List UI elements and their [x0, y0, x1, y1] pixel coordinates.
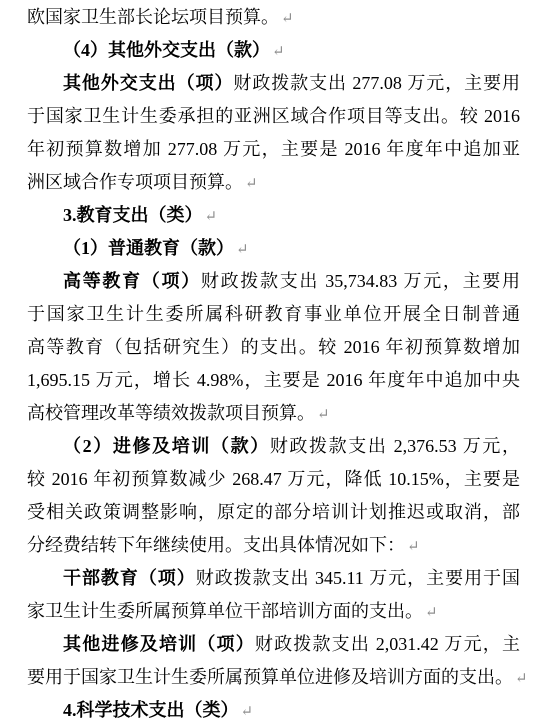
text-line: 高等教育（项）财政拨款支出 35,734.83 万元，主要用	[27, 265, 520, 298]
paragraph-mark-icon: ↵	[405, 539, 420, 555]
text-run: 分经费结转下年继续使用。支出具体情况如下：	[27, 535, 405, 555]
text-run: 财政拨款支出 2,031.42 万元，主	[255, 634, 520, 654]
text-run: 财政拨款支出 345.11 万元，主要用于国	[196, 568, 520, 588]
text-line: 高等教育（包括研究生）的支出。较 2016 年初预算数增加	[27, 331, 520, 364]
text-run: 要用于国家卫生计生委所属预算单位进修及培训方面的支出。	[27, 667, 513, 687]
text-run: 于国家卫生计生委承担的亚洲区域合作项目等支出。较 2016	[27, 106, 520, 126]
text-line: 要用于国家卫生计生委所属预算单位进修及培训方面的支出。↵	[27, 661, 520, 694]
text-run: 财政拨款支出 35,734.83 万元，主要用	[201, 271, 520, 291]
document-page: 欧国家卫生部长论坛项目预算。↵ （4）其他外交支出（款）↵ 其他外交支出（项）财…	[0, 0, 546, 727]
text-run: 年初预算数增加 277.08 万元，主要是 2016 年度年中追加亚	[27, 139, 520, 159]
text-line: 欧国家卫生部长论坛项目预算。↵	[27, 1, 520, 34]
paragraph-mark-icon: ↵	[315, 407, 330, 423]
text-run: 于国家卫生计生委所属科研教育事业单位开展全日制普通	[27, 304, 520, 324]
text-line: 较 2016 年初预算数减少 268.47 万元，降低 10.15%，主要是	[27, 463, 520, 496]
section-heading: （4）其他外交支出（款）↵	[27, 34, 520, 67]
bold-run: 高等教育（项）	[63, 271, 201, 291]
bold-run: 其他外交支出（项）	[63, 73, 233, 93]
text-run: 高等教育（包括研究生）的支出。较 2016 年初预算数增加	[27, 337, 520, 357]
paragraph-mark-icon: ↵	[423, 605, 438, 621]
text-run: 欧国家卫生部长论坛项目预算。	[27, 7, 279, 27]
text-line: 受相关政策调整影响，原定的部分培训计划推迟或取消，部	[27, 496, 520, 529]
heading-run: （1）普通教育（款）	[63, 238, 234, 258]
text-run: 高校管理改革等绩效拨款项目预算。	[27, 403, 315, 423]
heading-run: 4.科学技术支出（类）	[63, 700, 239, 720]
bold-run: （2）进修及培训（款）	[63, 436, 270, 456]
bold-run: 其他进修及培训（项）	[63, 634, 255, 654]
paragraph-mark-icon: ↵	[203, 209, 218, 225]
section-heading: 3.教育支出（类）↵	[27, 199, 520, 232]
text-line: 分经费结转下年继续使用。支出具体情况如下：↵	[27, 529, 520, 562]
text-line: 于国家卫生计生委所属科研教育事业单位开展全日制普通	[27, 298, 520, 331]
paragraph-mark-icon: ↵	[279, 11, 294, 27]
text-run: 受相关政策调整影响，原定的部分培训计划推迟或取消，部	[27, 502, 520, 522]
bold-run: 干部教育（项）	[63, 568, 196, 588]
text-run: 家卫生计生委所属预算单位干部培训方面的支出。	[27, 601, 423, 621]
paragraph-mark-icon: ↵	[239, 704, 254, 720]
heading-run: 3.教育支出（类）	[63, 205, 203, 225]
text-run: 财政拨款支出 2,376.53 万元，	[270, 436, 520, 456]
heading-run: （4）其他外交支出（款）	[63, 40, 270, 60]
text-line: 高校管理改革等绩效拨款项目预算。↵	[27, 397, 520, 430]
text-line: 其他外交支出（项）财政拨款支出 277.08 万元，主要用	[27, 67, 520, 100]
text-line: 干部教育（项）财政拨款支出 345.11 万元，主要用于国	[27, 562, 520, 595]
text-line: 其他进修及培训（项）财政拨款支出 2,031.42 万元，主	[27, 628, 520, 661]
text-line: 1,695.15 万元，增长 4.98%，主要是 2016 年度年中追加中央	[27, 364, 520, 397]
text-run: 财政拨款支出 277.08 万元，主要用	[233, 73, 520, 93]
paragraph-mark-icon: ↵	[243, 176, 258, 192]
paragraph-mark-icon: ↵	[234, 242, 249, 258]
text-line: 家卫生计生委所属预算单位干部培训方面的支出。↵	[27, 595, 520, 628]
text-line: （2）进修及培训（款）财政拨款支出 2,376.53 万元，	[27, 430, 520, 463]
text-line: 年初预算数增加 277.08 万元，主要是 2016 年度年中追加亚	[27, 133, 520, 166]
text-run: 较 2016 年初预算数减少 268.47 万元，降低 10.15%，主要是	[27, 469, 520, 489]
text-run: 洲区域合作专项项目预算。	[27, 172, 243, 192]
section-heading: （1）普通教育（款）↵	[27, 232, 520, 265]
text-run: 1,695.15 万元，增长 4.98%，主要是 2016 年度年中追加中央	[27, 370, 520, 390]
paragraph-mark-icon: ↵	[513, 671, 528, 687]
text-line: 于国家卫生计生委承担的亚洲区域合作项目等支出。较 2016	[27, 100, 520, 133]
paragraph-mark-icon: ↵	[270, 44, 285, 60]
section-heading: 4.科学技术支出（类）↵	[27, 694, 520, 727]
text-line: 洲区域合作专项项目预算。↵	[27, 166, 520, 199]
